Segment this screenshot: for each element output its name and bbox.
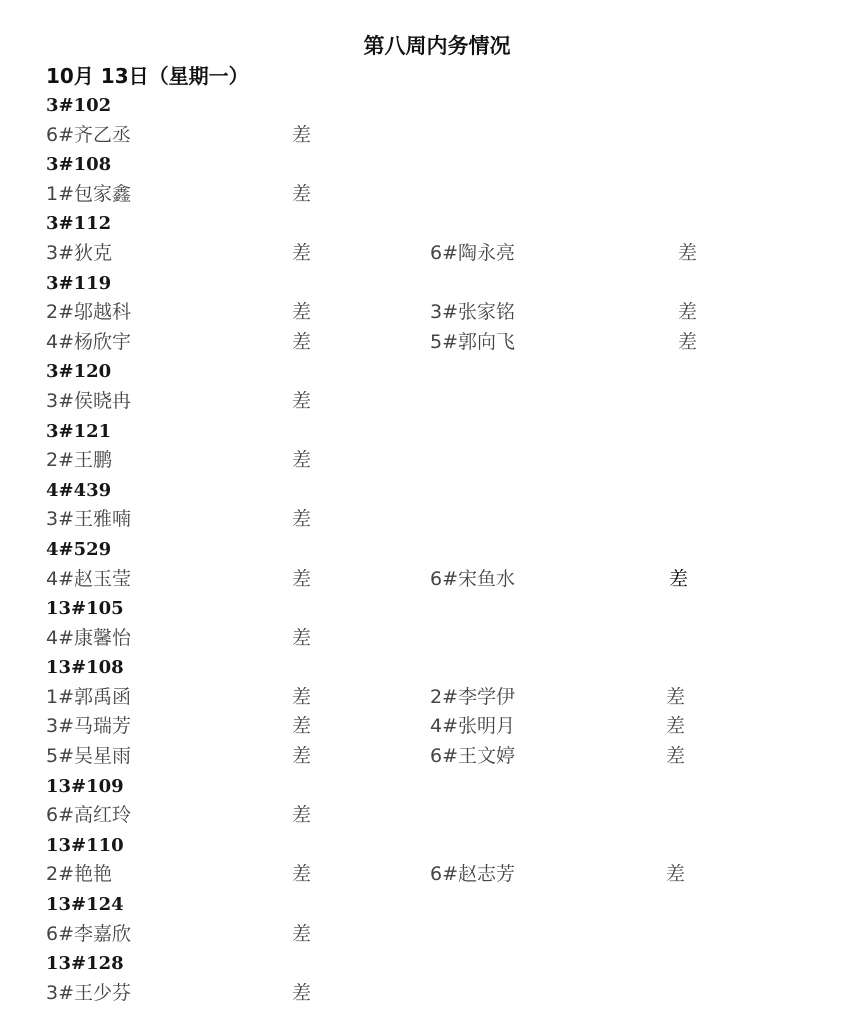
student-name: 6#高红玲 xyxy=(46,801,131,831)
rating: 差 xyxy=(292,387,311,417)
document-title: 第八周内务情况 xyxy=(0,30,868,60)
room-heading: 13#108 xyxy=(46,653,846,683)
student-name: 6#王文婷 xyxy=(430,742,515,772)
list-item: 3#狄克 差 6#陶永亮 差 xyxy=(46,239,846,269)
student-name: 3#王雅喃 xyxy=(46,505,131,535)
student-name: 6#陶永亮 xyxy=(430,239,515,269)
student-name: 2#李学伊 xyxy=(430,683,515,713)
rating: 差 xyxy=(292,920,311,950)
room-heading: 3#121 xyxy=(46,417,846,447)
student-name: 3#侯晓冉 xyxy=(46,387,131,417)
list-item: 1#包家鑫 差 xyxy=(46,180,846,210)
list-item: 1#郭禹函 差 2#李学伊 差 xyxy=(46,683,846,713)
student-name: 6#齐乙丞 xyxy=(46,121,131,151)
rating: 差 xyxy=(292,712,311,742)
rating: 差 xyxy=(292,505,311,535)
list-item: 2#艳艳 差 6#赵志芳 差 xyxy=(46,860,846,890)
student-name: 2#王鹏 xyxy=(46,446,112,476)
student-name: 4#康馨怡 xyxy=(46,624,131,654)
room-heading: 4#439 xyxy=(46,476,846,506)
student-name: 3#狄克 xyxy=(46,239,112,269)
student-name: 4#赵玉莹 xyxy=(46,565,131,595)
student-name: 2#邬越科 xyxy=(46,298,131,328)
student-name: 1#郭禹函 xyxy=(46,683,131,713)
list-item: 3#王雅喃 差 xyxy=(46,505,846,535)
student-name: 6#李嘉欣 xyxy=(46,920,131,950)
room-heading: 3#108 xyxy=(46,150,846,180)
inspection-list: 3#102 6#齐乙丞 差 3#108 1#包家鑫 差 3#112 3#狄克 差… xyxy=(46,91,846,1008)
room-heading: 13#109 xyxy=(46,772,846,802)
rating: 差 xyxy=(669,565,688,595)
list-item: 3#王少芬 差 xyxy=(46,979,846,1009)
room-heading: 13#124 xyxy=(46,890,846,920)
list-item: 2#邬越科 差 3#张家铭 差 xyxy=(46,298,846,328)
room-heading: 3#120 xyxy=(46,357,846,387)
list-item: 3#马瑞芳 差 4#张明月 差 xyxy=(46,712,846,742)
student-name: 5#吴星雨 xyxy=(46,742,131,772)
rating: 差 xyxy=(292,742,311,772)
student-name: 4#张明月 xyxy=(430,712,515,742)
rating: 差 xyxy=(292,180,311,210)
list-item: 4#赵玉莹 差 6#宋鱼水 差 xyxy=(46,565,846,595)
rating: 差 xyxy=(678,239,697,269)
list-item: 2#王鹏 差 xyxy=(46,446,846,476)
list-item: 6#李嘉欣 差 xyxy=(46,920,846,950)
rating: 差 xyxy=(678,298,697,328)
rating: 差 xyxy=(292,624,311,654)
rating: 差 xyxy=(666,860,685,890)
list-item: 6#高红玲 差 xyxy=(46,801,846,831)
rating: 差 xyxy=(292,328,311,358)
list-item: 5#吴星雨 差 6#王文婷 差 xyxy=(46,742,846,772)
rating: 差 xyxy=(292,979,311,1009)
rating: 差 xyxy=(292,239,311,269)
rating: 差 xyxy=(678,328,697,358)
list-item: 4#康馨怡 差 xyxy=(46,624,846,654)
student-name: 4#杨欣宇 xyxy=(46,328,131,358)
student-name: 5#郭向飞 xyxy=(430,328,515,358)
rating: 差 xyxy=(292,298,311,328)
room-heading: 13#105 xyxy=(46,594,846,624)
student-name: 2#艳艳 xyxy=(46,860,112,890)
room-heading: 3#112 xyxy=(46,209,846,239)
rating: 差 xyxy=(292,446,311,476)
list-item: 3#侯晓冉 差 xyxy=(46,387,846,417)
room-heading: 13#110 xyxy=(46,831,846,861)
room-heading: 13#128 xyxy=(46,949,846,979)
rating: 差 xyxy=(666,683,685,713)
room-heading: 3#102 xyxy=(46,91,846,121)
rating: 差 xyxy=(292,121,311,151)
rating: 差 xyxy=(666,742,685,772)
student-name: 6#宋鱼水 xyxy=(430,565,515,595)
room-heading: 3#119 xyxy=(46,269,846,299)
student-name: 3#王少芬 xyxy=(46,979,131,1009)
room-heading: 4#529 xyxy=(46,535,846,565)
report-date: 10月 13日（星期一） xyxy=(46,60,249,89)
student-name: 3#马瑞芳 xyxy=(46,712,131,742)
rating: 差 xyxy=(292,683,311,713)
rating: 差 xyxy=(292,565,311,595)
rating: 差 xyxy=(292,801,311,831)
student-name: 3#张家铭 xyxy=(430,298,515,328)
list-item: 4#杨欣宇 差 5#郭向飞 差 xyxy=(46,328,846,358)
list-item: 6#齐乙丞 差 xyxy=(46,121,846,151)
student-name: 6#赵志芳 xyxy=(430,860,515,890)
rating: 差 xyxy=(292,860,311,890)
rating: 差 xyxy=(666,712,685,742)
student-name: 1#包家鑫 xyxy=(46,180,131,210)
